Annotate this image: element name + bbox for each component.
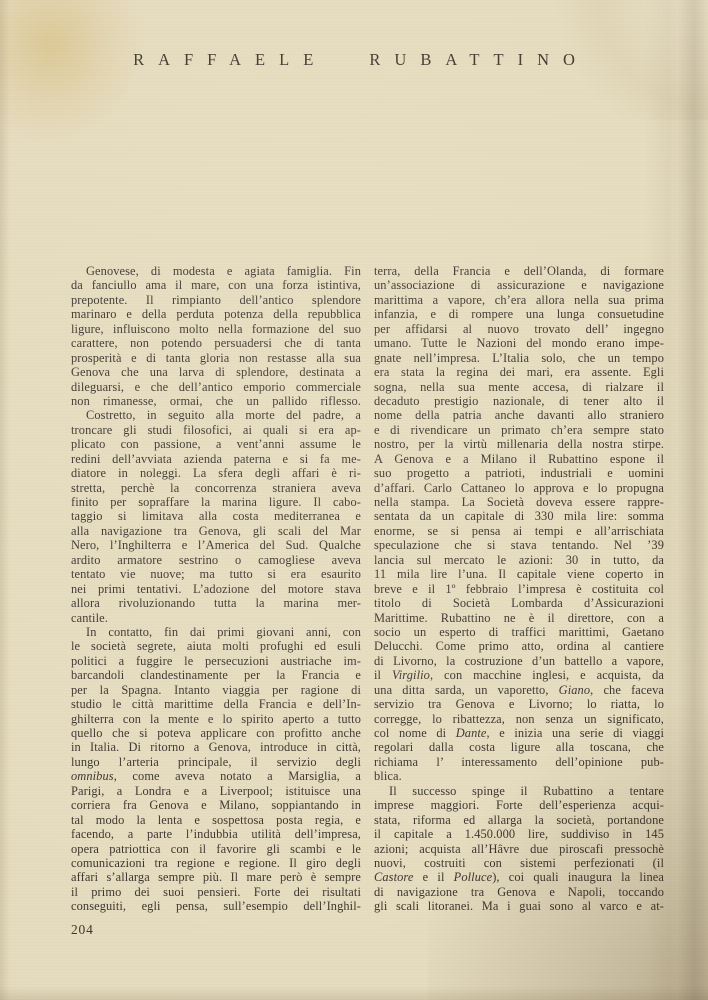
text-line: sogna, nella sua mente accesa, di rialza… [374, 380, 664, 394]
text-line: dileguarsi, e che dell’antico emporio co… [71, 380, 361, 394]
text-line: tal modo la lenta e sospettosa posta reg… [71, 813, 361, 827]
text-line: studio le città marittime della Francia … [71, 697, 361, 711]
text-line: socio un esperto di traffici marittimi, … [374, 625, 664, 639]
text-line: in Italia. Di ritorno a Genova, introduc… [71, 740, 361, 754]
text-line: non rimanesse, ormai, che un pallido rif… [71, 394, 361, 408]
text-line: da fanciullo ama il mare, con una forza … [71, 278, 361, 292]
text-line: gli scali litoranei. Ma i guai sono al v… [374, 899, 664, 913]
text-line: opera patriottica con il favorire gli sc… [71, 842, 361, 856]
text-line: blica. [374, 769, 664, 783]
text-line: Costretto, in seguito alla morte del pad… [71, 408, 361, 422]
text-line: servizio tra Genova e Livorno; lo riatta… [374, 697, 664, 711]
book-page: RAFFAELE RUBATTINO Genovese, di modesta … [0, 0, 708, 1000]
text-line: In contatto, fin dai primi giovani anni,… [71, 625, 361, 639]
page-number: 204 [71, 922, 94, 938]
text-line: enorme, se si pensa ai tempi e all’arris… [374, 524, 664, 538]
text-line: terra, della Francia e dell’Olanda, di f… [374, 264, 664, 278]
text-columns: Genovese, di modesta e agiata famiglia. … [71, 264, 664, 914]
text-line: Castore e il Polluce), coi quali inaugur… [374, 870, 664, 884]
right-column: terra, della Francia e dell’Olanda, di f… [374, 264, 664, 914]
text-line: e di rivendicare un primato ch’era sempr… [374, 423, 664, 437]
text-line: richiama l’ interessamento dell’opinione… [374, 755, 664, 769]
text-line: suo progetto a patrioti, industriali e u… [374, 466, 664, 480]
text-line: il capitale a 1.450.000 lire, suddiviso … [374, 827, 664, 841]
text-line: diatore in noleggi. La sfera degli affar… [71, 466, 361, 480]
text-line: finito per sopraffare la marina ligure. … [71, 495, 361, 509]
text-line: Nero, l’Inghilterra e l’America del Sud.… [71, 538, 361, 552]
text-line: regolari dalla costa ligure alla toscana… [374, 740, 664, 754]
bottom-edge-shadow [0, 986, 708, 1000]
text-line: plicato con passione, a vent’anni assume… [71, 437, 361, 451]
text-line: A Genova e a Milano il Rubattino espone … [374, 452, 664, 466]
text-line: prosperità e di tanta gloria non restass… [71, 351, 361, 365]
text-line: alla navigazione tra Genova, gli scali d… [71, 524, 361, 538]
text-line: era stata la regina dei mari, era assent… [374, 365, 664, 379]
left-edge-shadow [0, 0, 10, 1000]
text-line: infanzia, e di rompere una lunga consuet… [374, 307, 664, 321]
text-line: azioni; acquista all’Hâvre due piroscafi… [374, 842, 664, 856]
left-column: Genovese, di modesta e agiata famiglia. … [71, 264, 361, 914]
text-line: lungo l’arteria principale, il servizio … [71, 755, 361, 769]
text-line: prepotente. Il rimpianto dell’antico spl… [71, 293, 361, 307]
text-line: nella stampa. La Società doveva essere r… [374, 495, 664, 509]
text-line: per affidarsi al nuovo trovato dell’ ing… [374, 322, 664, 336]
text-line: facendo, a parte l’indubbia utilità dell… [71, 827, 361, 841]
text-line: per la Spagna. Intanto viaggia per ragio… [71, 683, 361, 697]
text-line: nome della patria anche davanti allo str… [374, 408, 664, 422]
text-line: nostro, per la virtù millenaria della no… [374, 437, 664, 451]
text-line: ligure, influiscono molto nella formazio… [71, 322, 361, 336]
text-line: una ditta sarda, un vaporetto, Giano, ch… [374, 683, 664, 697]
text-line: tentato vie nuove; ma tutto si era esaur… [71, 567, 361, 581]
text-line: stata, riforma ed allarga la società, po… [374, 813, 664, 827]
text-line: allora rivoluzionando tutta la marina me… [71, 596, 361, 610]
text-line: barcandoli clandestinamente per la Franc… [71, 668, 361, 682]
text-line: ardito armatore sestrino o camogliese av… [71, 553, 361, 567]
text-line: lancia sul mercato le azioni: 30 in tutt… [374, 553, 664, 567]
text-line: marinaro e della perduta potenza della r… [71, 307, 361, 321]
text-line: gnate nell’impresa. L’Italia solo, che u… [374, 351, 664, 365]
text-line: omnibus, come aveva notato a Marsiglia, … [71, 769, 361, 783]
paper-stain [0, 0, 145, 145]
text-line: il Virgilio, con macchine inglesi, e acq… [374, 668, 664, 682]
text-line: le società segrete, aiuta molti profughi… [71, 639, 361, 653]
text-line: politici a fuggire le persecuzioni austr… [71, 654, 361, 668]
text-line: corriera fra Genova e Milano, soppiantan… [71, 798, 361, 812]
text-line: speculazione che si stava tentando. Nel … [374, 538, 664, 552]
text-line: Marittime. Rubattino ne è il direttore, … [374, 611, 664, 625]
text-line: il primo dei suoi pensieri. Forte dei ri… [71, 885, 361, 899]
text-line: decaduto prestigio nazionale, di tener a… [374, 394, 664, 408]
text-line: ghilterra con la mente e lo spirito aper… [71, 712, 361, 726]
text-line: Parigi, a Londra e a Liverpool; istituis… [71, 784, 361, 798]
text-line: taggio si limitava alla costa mediterran… [71, 509, 361, 523]
text-line: Il successo spinge il Rubattino a tentar… [374, 784, 664, 798]
text-line: titolo di Società Lombarda d’Assicurazio… [374, 596, 664, 610]
text-line: d’affari. Carlo Cattaneo lo approva e lo… [374, 481, 664, 495]
text-line: Genovese, di modesta e agiata famiglia. … [71, 264, 361, 278]
text-line: redini dell’avviata azienda paterna e si… [71, 452, 361, 466]
text-line: col nome di Dante, e inizia una serie di… [374, 726, 664, 740]
text-line: sentata da un capitale di 330 mila lire:… [374, 509, 664, 523]
text-line: conseguiti, egli pensa, sull’esempio del… [71, 899, 361, 913]
text-line: un’associazione di assicurazione e navig… [374, 278, 664, 292]
text-line: quello che si poteva applicare con profi… [71, 726, 361, 740]
text-line: di Livorno, la costruzione d’un battello… [374, 654, 664, 668]
text-line: imprese maggiori. Forte dell’esperienza … [374, 798, 664, 812]
text-line: Genova che una larva di splendore, desti… [71, 365, 361, 379]
text-line: nei primi tentativi. L’adozione del moto… [71, 582, 361, 596]
text-line: umano. Tutte le Nazioni del mondo erano … [374, 336, 664, 350]
text-line: affari s’allarga sempre più. Il mare per… [71, 870, 361, 884]
text-line: corregge, lo ribattezza, non senza un si… [374, 712, 664, 726]
text-line: comunicazioni tra regione e regione. Il … [71, 856, 361, 870]
text-line: di navigazione tra Genova e Napoli, tocc… [374, 885, 664, 899]
page-title: RAFFAELE RUBATTINO [0, 50, 708, 70]
text-line: carattere, non potendo persuadersi che d… [71, 336, 361, 350]
text-line: breve e il 1º febbraio l’impresa è costi… [374, 582, 664, 596]
text-line: stretta, perchè la concorrenza straniera… [71, 481, 361, 495]
text-line: Delucchi. Come primo atto, ordina al can… [374, 639, 664, 653]
text-line: nuovi, costruiti con sistemi perfezionat… [374, 856, 664, 870]
text-line: marittima a vapore, ch’era allora nella … [374, 293, 664, 307]
text-line: 11 mila lire l’una. Il capitale viene co… [374, 567, 664, 581]
text-line: troncare gli studi filosofici, ai quali … [71, 423, 361, 437]
text-line: cantile. [71, 611, 361, 625]
